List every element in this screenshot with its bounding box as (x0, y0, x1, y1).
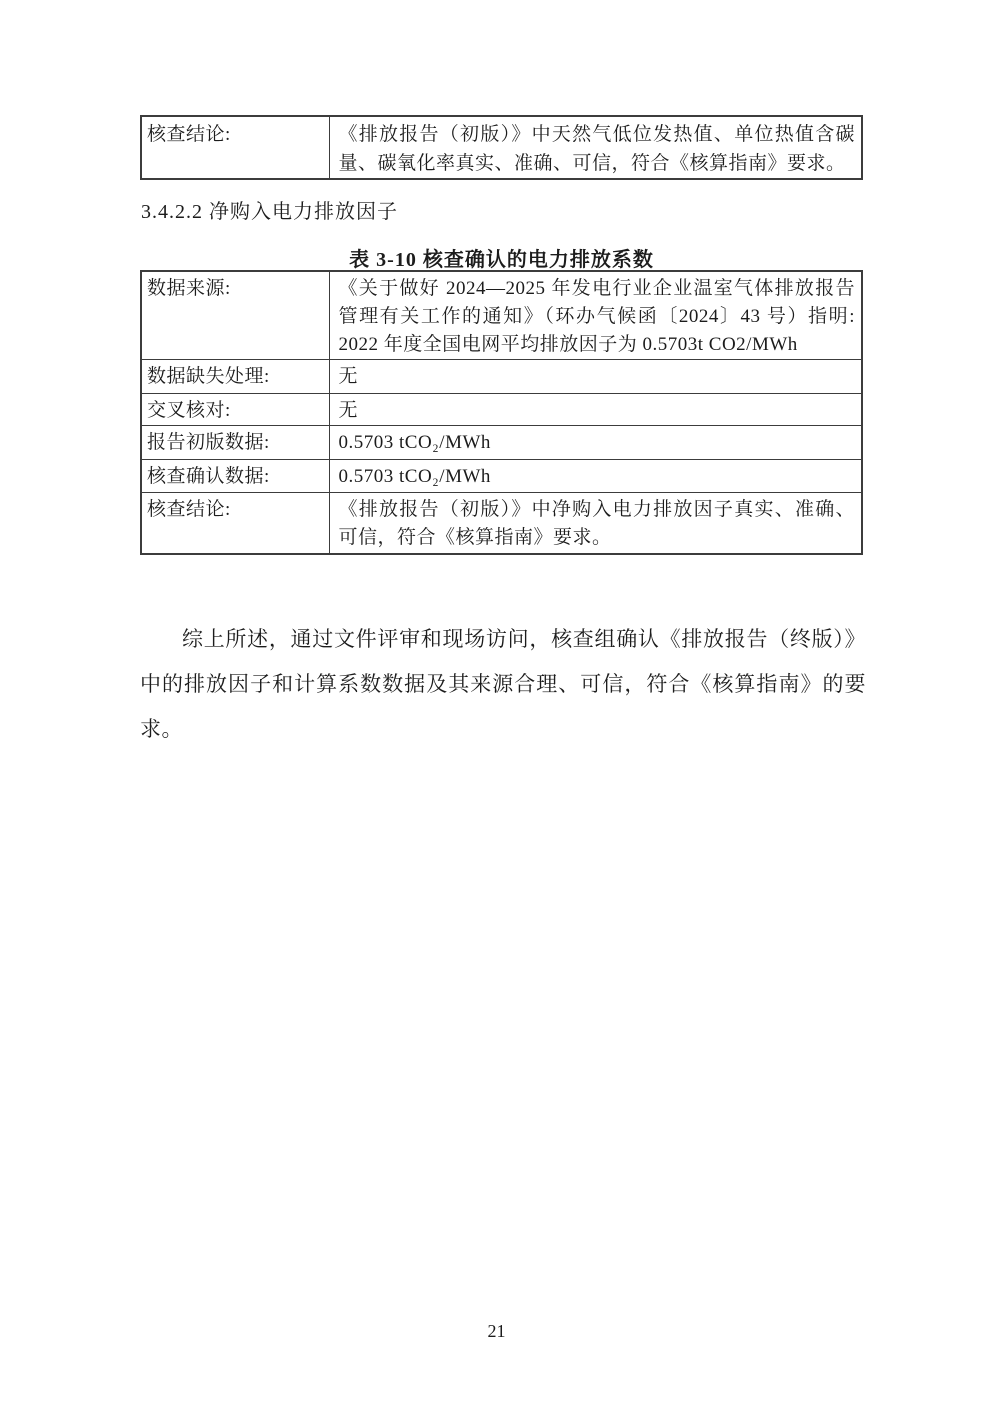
row-label: 数据缺失处理: (141, 360, 329, 394)
table-row: 数据缺失处理: 无 (141, 360, 862, 394)
table-caption: 表 3-10 核查确认的电力排放系数 (140, 243, 863, 272)
row-label: 核查结论: (141, 116, 329, 179)
row-label: 核查确认数据: (141, 460, 329, 493)
row-label: 数据来源: (141, 271, 329, 360)
row-value: 《关于做好 2024—2025 年发电行业企业温室气体排放报告管理有关工作的通知… (329, 271, 862, 360)
summary-paragraph: 综上所述，通过文件评审和现场访问，核查组确认《排放报告（终版）》中的排放因子和计… (140, 617, 866, 752)
section-heading: 3.4.2.2 净购入电力排放因子 (141, 195, 398, 224)
table-row: 报告初版数据: 0.5703 tCO₂/MWh (141, 426, 862, 460)
row-value: 《排放报告（初版）》中净购入电力排放因子真实、准确、可信，符合《核算指南》要求。 (329, 493, 862, 554)
electricity-emission-factor-table: 数据来源: 《关于做好 2024—2025 年发电行业企业温室气体排放报告管理有… (140, 270, 863, 555)
table-row: 核查结论: 《排放报告（初版）》中天然气低位发热值、单位热值含碳量、碳氧化率真实… (141, 116, 862, 179)
previous-table-fragment: 核查结论: 《排放报告（初版）》中天然气低位发热值、单位热值含碳量、碳氧化率真实… (140, 115, 863, 180)
page-number: 21 (0, 1321, 993, 1342)
row-label: 核查结论: (141, 493, 329, 554)
table-row: 核查确认数据: 0.5703 tCO₂/MWh (141, 460, 862, 493)
table-row: 核查结论: 《排放报告（初版）》中净购入电力排放因子真实、准确、可信，符合《核算… (141, 493, 862, 554)
row-value: 无 (329, 360, 862, 394)
table-row: 数据来源: 《关于做好 2024—2025 年发电行业企业温室气体排放报告管理有… (141, 271, 862, 360)
row-value: 《排放报告（初版）》中天然气低位发热值、单位热值含碳量、碳氧化率真实、准确、可信… (329, 116, 862, 179)
row-value: 0.5703 tCO₂/MWh (329, 426, 862, 460)
row-value: 0.5703 tCO₂/MWh (329, 460, 862, 493)
row-label: 交叉核对: (141, 394, 329, 426)
row-value: 无 (329, 394, 862, 426)
row-label: 报告初版数据: (141, 426, 329, 460)
document-page: 核查结论: 《排放报告（初版）》中天然气低位发热值、单位热值含碳量、碳氧化率真实… (0, 0, 993, 1404)
table-row: 交叉核对: 无 (141, 394, 862, 426)
